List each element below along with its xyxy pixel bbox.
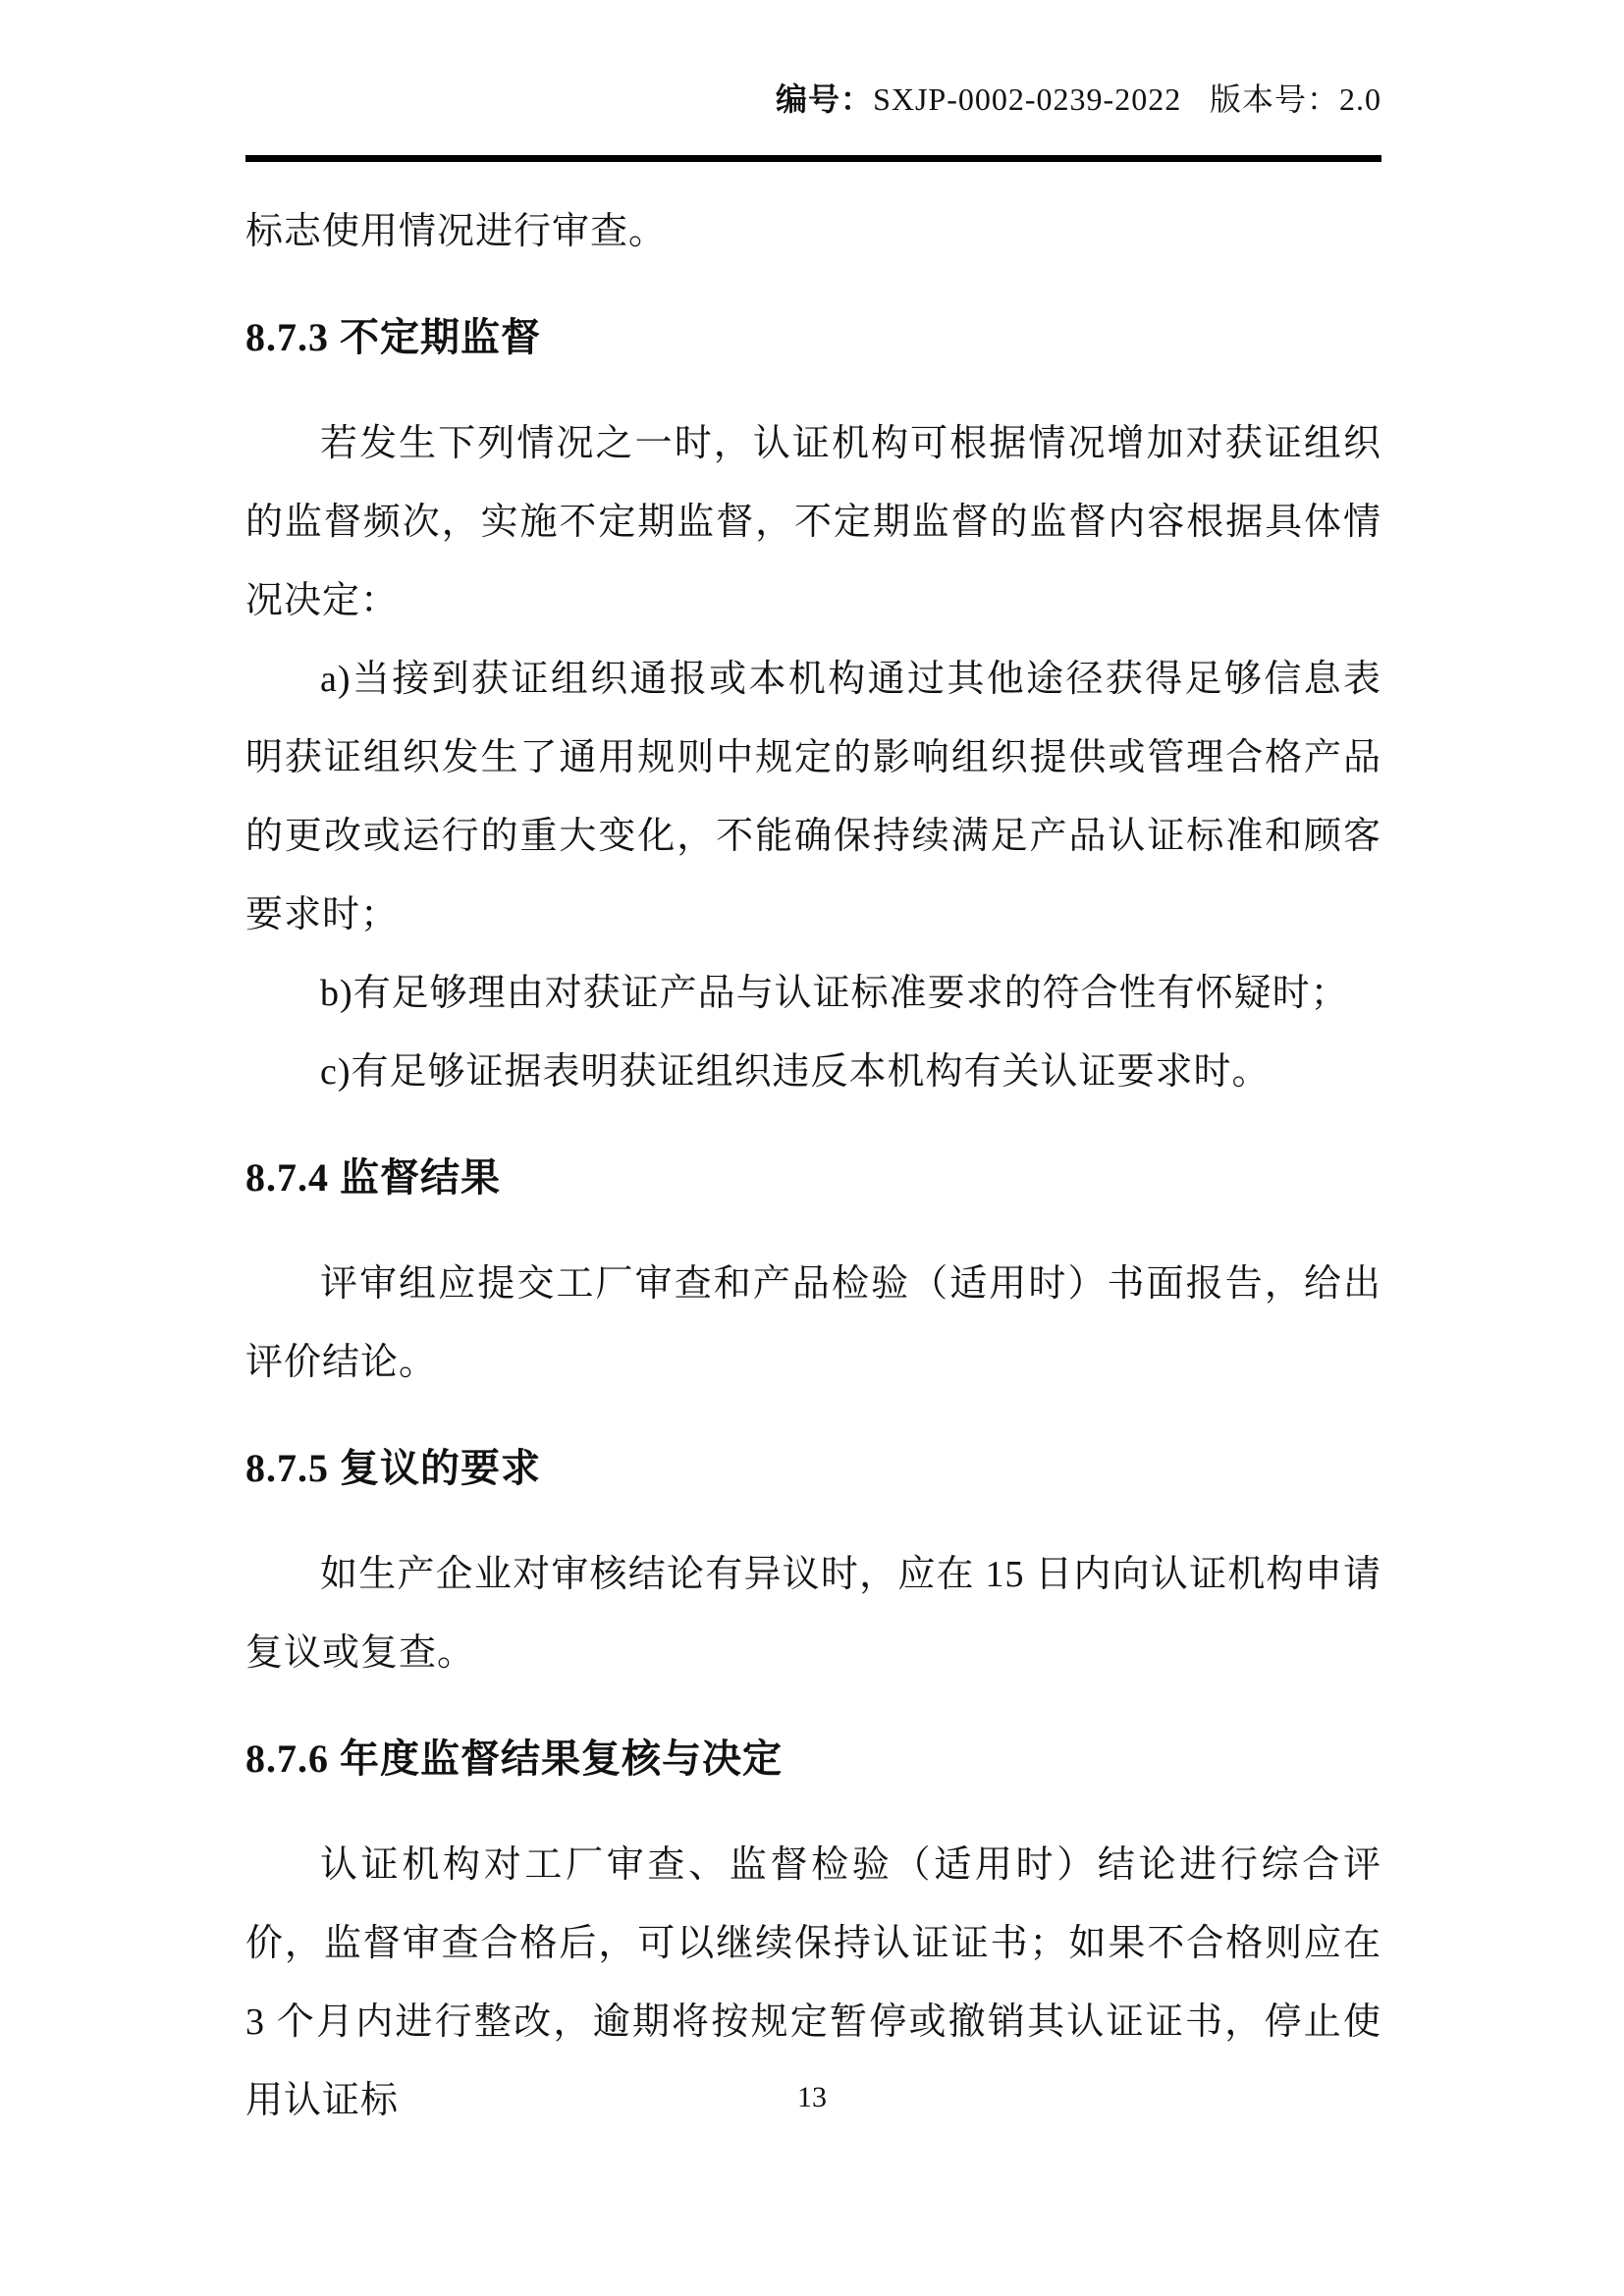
- section-heading-8-7-3: 8.7.3 不定期监督: [245, 310, 1381, 365]
- paragraph-carryover: 标志使用情况进行审查。: [245, 192, 1381, 271]
- list-item-a: a)当接到获证组织通报或本机构通过其他途径获得足够信息表明获证组织发生了通用规则…: [245, 640, 1381, 954]
- doc-number-value: SXJP-0002-0239-2022: [873, 81, 1181, 117]
- list-item-c: c)有足够证据表明获证组织违反本机构有关认证要求时。: [245, 1033, 1381, 1111]
- version-value: 2.0: [1339, 81, 1381, 117]
- document-header: 编号：SXJP-0002-0239-2022版本号：2.0: [245, 75, 1381, 120]
- paragraph-8-7-5: 如生产企业对审核结论有异议时，应在 15 日内向认证机构申请复议或复查。: [245, 1535, 1381, 1692]
- list-item-b: b)有足够理由对获证产品与认证标准要求的符合性有怀疑时；: [245, 954, 1381, 1033]
- header-divider: [245, 155, 1381, 162]
- doc-number-label: 编号：: [776, 81, 873, 117]
- paragraph-8-7-4: 评审组应提交工厂审查和产品检验（适用时）书面报告，给出评价结论。: [245, 1245, 1381, 1402]
- document-page: 编号：SXJP-0002-0239-2022版本号：2.0 标志使用情况进行审查…: [0, 0, 1624, 2296]
- section-heading-8-7-4: 8.7.4 监督结果: [245, 1150, 1381, 1205]
- paragraph-8-7-3: 若发生下列情况之一时，认证机构可根据情况增加对获证组织的监督频次，实施不定期监督…: [245, 404, 1381, 640]
- section-heading-8-7-6: 8.7.6 年度监督结果复核与决定: [245, 1732, 1381, 1787]
- version-label: 版本号：: [1210, 81, 1339, 117]
- section-heading-8-7-5: 8.7.5 复议的要求: [245, 1441, 1381, 1496]
- page-number: 13: [0, 2081, 1624, 2114]
- document-body: 标志使用情况进行审查。 8.7.3 不定期监督 若发生下列情况之一时，认证机构可…: [245, 192, 1381, 2140]
